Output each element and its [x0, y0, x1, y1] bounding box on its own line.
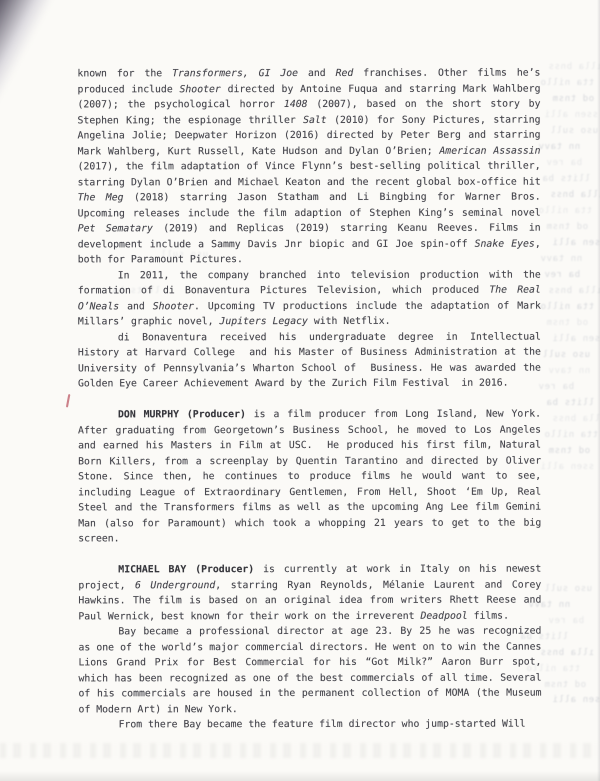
bleed-through-artifact: nn tavv — [548, 366, 590, 376]
bleed-through-artifact: od tnsm — [548, 446, 590, 456]
bleed-through-artifact: ba rev — [538, 382, 574, 392]
bleed-through-artifact: nn tavv — [538, 142, 580, 152]
bleed-through-artifact: ılla bnss — [548, 62, 600, 72]
bleed-through-artifact: nn tavv — [540, 254, 582, 264]
paragraph: di Bonaventura received his undergraduat… — [78, 329, 541, 392]
bleed-through-artifact: tta nillo — [538, 206, 592, 216]
bleed-through-artifact: ılla bnss — [550, 190, 600, 200]
scan-corner-shadow — [0, 0, 50, 102]
bleed-through-artifact: ba rev — [546, 158, 582, 168]
paragraph: From there Bay became the feature film d… — [79, 717, 542, 733]
bleed-through-artifact: llits ba — [546, 398, 594, 408]
bleed-through-artifact: od tnsm — [546, 318, 588, 328]
document-text: known for the Transformers, GI Joe and R… — [77, 66, 541, 733]
bleed-through-artifact: ba rev — [544, 270, 580, 280]
bleed-through-artifact: ba rev — [548, 616, 584, 626]
bleed-through-artifact: ssen alli — [552, 334, 600, 344]
bleed-through-artifact: ılla bnss — [548, 286, 600, 296]
paragraph: Bay became a professional director at ag… — [78, 624, 541, 718]
paragraph: MICHAEL BAY (Producer) is currently at w… — [78, 562, 541, 625]
bleed-through-artifact: uso sull — [544, 584, 592, 594]
bleed-through-artifact: llits ba — [542, 174, 590, 184]
bleed-through-artifact: ılla bnss — [540, 648, 594, 658]
bleed-through-artifact: od tnsm — [546, 222, 588, 232]
scan-bottom-edge — [0, 771, 600, 781]
bleed-through-artifact: ssen alli — [544, 110, 598, 120]
bleed-through-artifact: od tnsm — [544, 680, 586, 690]
bleed-through-artifact: ssen alli — [552, 695, 600, 705]
scanned-page: ılla bnsstta nillood tnsmssen alliuso su… — [0, 0, 600, 781]
bleed-through-artifact: uso sull — [542, 350, 590, 360]
bleed-through-artifact: ssen alli — [540, 462, 594, 472]
paragraph: DON MURPHY (Producer) is a film producer… — [78, 407, 541, 547]
paragraph: In 2011, the company branched into telev… — [78, 267, 541, 330]
bleed-through-artifact: tta nillo — [540, 78, 594, 88]
bleed-through-artifact: tta nillo — [544, 430, 598, 440]
bleed-through-artifact: ssen alli — [552, 238, 600, 248]
paragraph: known for the Transformers, GI Joe and R… — [77, 66, 540, 268]
bleed-through-artifact: od tnsm — [552, 94, 594, 104]
bleed-through-artifact: tta nillo — [540, 302, 594, 312]
bleed-through-artifact: uso sull — [550, 126, 598, 136]
scan-noise-band — [0, 743, 600, 758]
red-pen-mark — [63, 394, 73, 408]
bleed-through-artifact: ılla bnss — [552, 414, 600, 424]
